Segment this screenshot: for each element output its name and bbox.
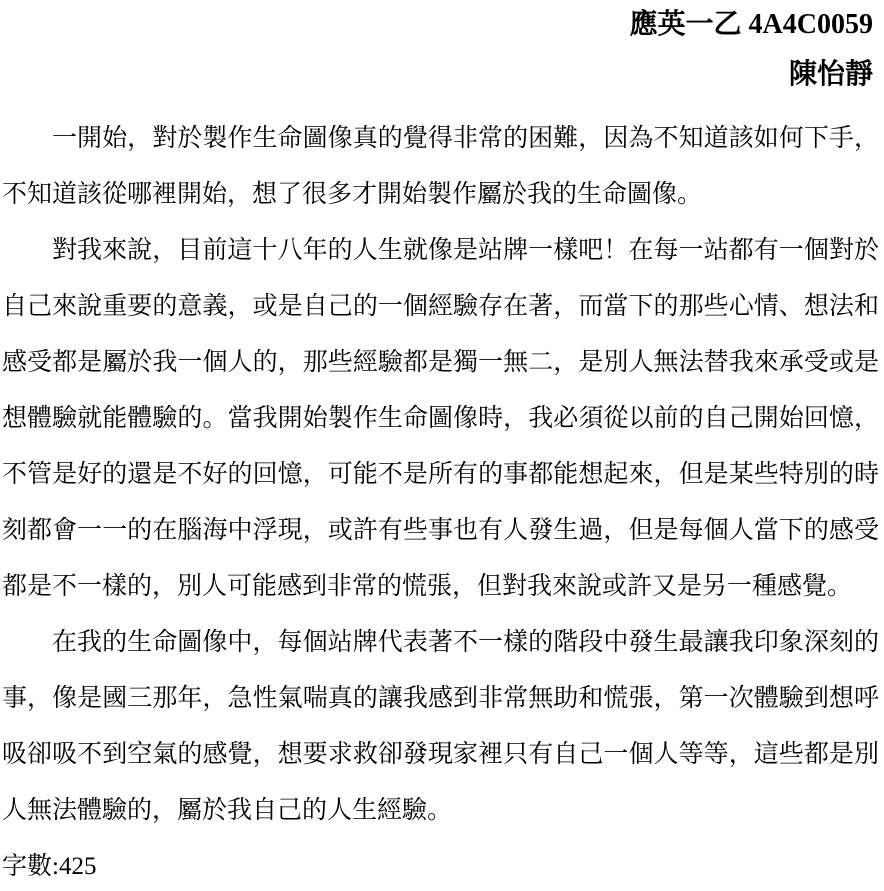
document-header: 應英一乙 4A4C0059 陳怡靜 bbox=[2, 0, 879, 100]
author-name: 陳怡靜 bbox=[2, 50, 879, 100]
essay-body: 一開始，對於製作生命圖像真的覺得非常的困難，因為不知道該如何下手，不知道該從哪裡… bbox=[2, 111, 879, 891]
paragraph-2: 對我來說，目前這十八年的人生就像是站牌一樣吧！在每一站都有一個對於自己來說重要的… bbox=[2, 223, 879, 615]
word-count: 字數:425 bbox=[2, 839, 879, 891]
document-page: 應英一乙 4A4C0059 陳怡靜 一開始，對於製作生命圖像真的覺得非常的困難，… bbox=[0, 0, 884, 891]
class-student-id: 應英一乙 4A4C0059 bbox=[2, 0, 879, 50]
paragraph-1: 一開始，對於製作生命圖像真的覺得非常的困難，因為不知道該如何下手，不知道該從哪裡… bbox=[2, 111, 879, 223]
paragraph-3: 在我的生命圖像中，每個站牌代表著不一樣的階段中發生最讓我印象深刻的事，像是國三那… bbox=[2, 615, 879, 839]
